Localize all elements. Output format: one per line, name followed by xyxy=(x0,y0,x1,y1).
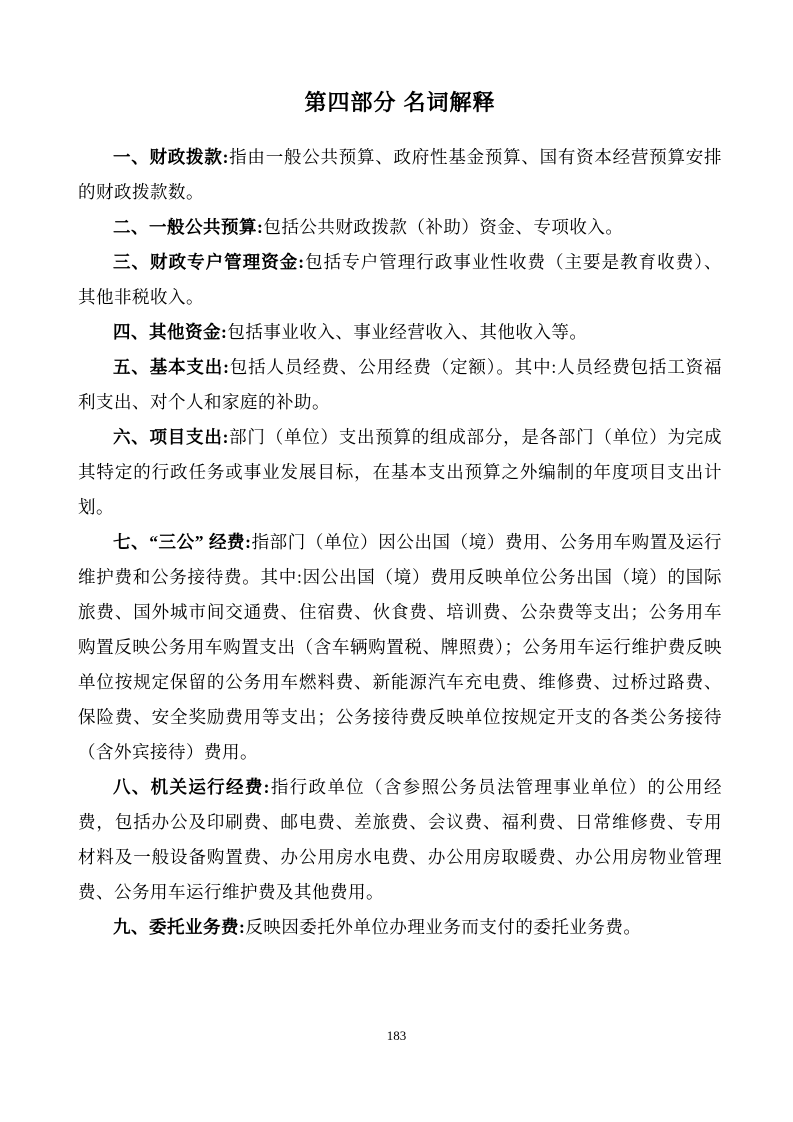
term-paragraph-1: 一、财政拨款:指由一般公共预算、政府性基金预算、国有资本经营预算安排的财政拨款数… xyxy=(78,140,722,210)
term-paragraph-3: 三、财政专户管理资金:包括专户管理行政事业性收费（主要是教育收费）、其他非税收入… xyxy=(78,245,722,315)
page-title: 第四部分 名词解释 xyxy=(78,88,722,118)
term-heading: 三、财政专户管理资金: xyxy=(113,252,305,272)
term-paragraph-5: 五、基本支出:包括人员经费、公用经费（定额）。其中:人员经费包括工资福利支出、对… xyxy=(78,350,722,420)
document-page: 第四部分 名词解释 一、财政拨款:指由一般公共预算、政府性基金预算、国有资本经营… xyxy=(0,0,793,1122)
term-heading: 五、基本支出: xyxy=(113,357,229,377)
page-number: 183 xyxy=(0,1028,793,1044)
term-paragraph-4: 四、其他资金:包括事业收入、事业经营收入、其他收入等。 xyxy=(78,315,722,350)
term-paragraph-2: 二、一般公共预算:包括公共财政拨款（补助）资金、专项收入。 xyxy=(78,210,722,245)
term-definition: 反映因委托外单位办理业务而支付的委托业务费。 xyxy=(245,917,641,937)
term-heading: 六、项目支出: xyxy=(113,427,229,447)
term-heading: 七、“三公” 经费: xyxy=(113,532,251,552)
term-heading: 八、机关运行经费: xyxy=(113,777,270,797)
term-heading: 四、其他资金: xyxy=(113,322,227,342)
term-heading: 二、一般公共预算: xyxy=(113,217,263,237)
term-paragraph-7: 七、“三公” 经费:指部门（单位）因公出国（境）费用、公务用车购置及运行维护费和… xyxy=(78,525,722,770)
term-definition: 包括公共财政拨款（补助）资金、专项收入。 xyxy=(263,217,623,237)
term-definition: 指部门（单位）因公出国（境）费用、公务用车购置及运行维护费和公务接待费。其中:因… xyxy=(78,532,722,762)
document-content: 第四部分 名词解释 一、财政拨款:指由一般公共预算、政府性基金预算、国有资本经营… xyxy=(78,88,722,945)
term-paragraph-8: 八、机关运行经费:指行政单位（含参照公务员法管理事业单位）的公用经费，包括办公及… xyxy=(78,770,722,910)
term-paragraph-6: 六、项目支出:部门（单位）支出预算的组成部分，是各部门（单位）为完成其特定的行政… xyxy=(78,420,722,525)
term-heading: 一、财政拨款: xyxy=(113,147,229,167)
term-paragraph-9: 九、委托业务费:反映因委托外单位办理业务而支付的委托业务费。 xyxy=(78,910,722,945)
term-heading: 九、委托业务费: xyxy=(113,917,245,937)
term-definition: 包括事业收入、事业经营收入、其他收入等。 xyxy=(227,322,587,342)
